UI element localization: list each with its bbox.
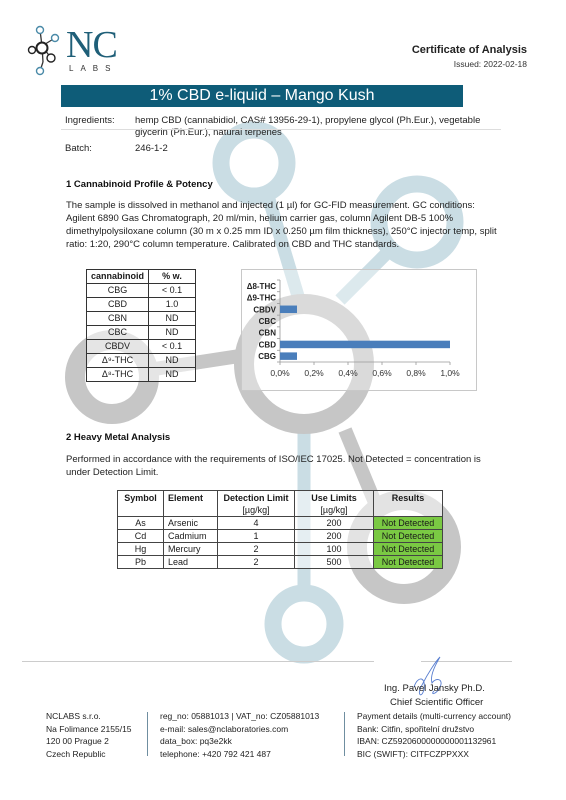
metal-symbol: Pb [118, 556, 164, 569]
metal-element: Arsenic [164, 517, 218, 530]
signatory-title: Chief Scientific Officer [390, 697, 483, 708]
cannabinoid-value: < 0.1 [149, 284, 196, 298]
ingredients-label: Ingredients: [65, 115, 115, 127]
footer-line: 120 00 Prague 2 [46, 735, 132, 748]
chart-bar [280, 306, 297, 313]
result-badge: Not Detected [374, 556, 443, 569]
cannabinoid-name: CBD [87, 298, 149, 312]
metal-element: Cadmium [164, 530, 218, 543]
footer-separator [344, 712, 345, 756]
chart-tick-label: 0,2% [304, 368, 324, 378]
footer-line: data_box: pq3e2kk [160, 735, 319, 748]
metal-element: Mercury [164, 543, 218, 556]
cannabinoid-value: 1.0 [149, 298, 196, 312]
detection-limit: 4 [218, 517, 295, 530]
footer-company-address: NCLABS s.r.o. Na Folimance 2155/15 120 0… [46, 710, 132, 760]
document-title: Certificate of Analysis [412, 44, 527, 56]
cannabinoid-value: < 0.1 [149, 340, 196, 354]
footer-line: reg_no: 05881013 | VAT_no: CZ05881013 [160, 710, 319, 723]
logo-wordmark: NC [66, 26, 117, 64]
column-header: % w. [149, 270, 196, 284]
column-header: cannabinoid [87, 270, 149, 284]
chart-tick-label: 1,0% [440, 368, 460, 378]
cannabinoid-table: cannabinoid % w. CBG< 0.1 CBD1.0 CBNND C… [86, 269, 196, 382]
result-badge: Not Detected [374, 530, 443, 543]
metal-symbol: As [118, 517, 164, 530]
cannabinoid-name: CBN [87, 312, 149, 326]
cannabinoid-value: ND [149, 354, 196, 368]
divider [61, 129, 501, 130]
chart-tick-label: 0,4% [338, 368, 358, 378]
heavy-metal-table: Symbol Element Detection Limit[µg/kg] Us… [117, 490, 443, 569]
table-row: CBCND [87, 326, 196, 340]
table-row: Δ⁹-THCND [87, 354, 196, 368]
signatory-name: Ing. Pavel Jansky Ph.D. [384, 683, 485, 694]
footer-contact: reg_no: 05881013 | VAT_no: CZ05881013 e-… [160, 710, 319, 760]
use-limit: 200 [295, 517, 374, 530]
detection-limit: 1 [218, 530, 295, 543]
column-header-detection-limit: Detection Limit[µg/kg] [218, 491, 295, 517]
footer-line: BIC (SWIFT): CITFCZPPXXX [357, 748, 511, 761]
footer-separator [147, 712, 148, 756]
detection-limit: 2 [218, 543, 295, 556]
chart-bar [280, 341, 450, 348]
cannabinoid-name: CBG [87, 284, 149, 298]
table-row: CBG< 0.1 [87, 284, 196, 298]
column-header-element: Element [164, 491, 218, 517]
section-text-cannabinoids: The sample is dissolved in methanol and … [66, 199, 506, 251]
footer-line: IBAN: CZ5920600000000001132961 [357, 735, 511, 748]
section-text-heavy-metals: Performed in accordance with the require… [66, 453, 506, 479]
cannabinoid-name: CBC [87, 326, 149, 340]
cannabinoid-value: ND [149, 368, 196, 382]
product-title-banner: 1% CBD e-liquid – Mango Kush [61, 85, 463, 107]
nc-labs-logo: NC LABS [26, 24, 126, 76]
ingredients-value: hemp CBD (cannabidiol, CAS# 13956-29-1),… [135, 115, 485, 139]
footer-line: Payment details (multi-currency account) [357, 710, 511, 723]
footer-email[interactable]: e-mail: sales@nclaboratories.com [160, 723, 319, 736]
chart-category-label: CBC [259, 317, 277, 326]
table-row: CBD1.0 [87, 298, 196, 312]
detection-limit: 2 [218, 556, 295, 569]
issued-date: Issued: 2022-02-18 [454, 59, 527, 69]
metal-element: Lead [164, 556, 218, 569]
footer-line: Bank: Citfin, spořitelní družstvo [357, 723, 511, 736]
chart-category-label: CBDV [253, 305, 276, 314]
column-header-symbol: Symbol [118, 491, 164, 517]
chart-bar [280, 352, 297, 359]
chart-category-label: Δ8-THC [247, 282, 277, 291]
chart-category-label: CBN [259, 329, 277, 338]
table-row: As Arsenic 4 200 Not Detected [118, 517, 443, 530]
column-header-results: Results [374, 491, 443, 517]
footer-line: NCLABS s.r.o. [46, 710, 132, 723]
footer-line: Na Folimance 2155/15 [46, 723, 132, 736]
table-row: CBDV< 0.1 [87, 340, 196, 354]
footer-payment: Payment details (multi-currency account)… [357, 710, 511, 760]
use-limit: 500 [295, 556, 374, 569]
result-badge: Not Detected [374, 543, 443, 556]
section-heading-cannabinoids: 1 Cannabinoid Profile & Potency [66, 179, 213, 190]
product-info: Ingredients: hemp CBD (cannabidiol, CAS#… [65, 115, 505, 155]
chart-tick-label: 0,6% [372, 368, 392, 378]
cannabinoid-name: Δ⁸-THC [87, 368, 149, 382]
table-row: CBNND [87, 312, 196, 326]
table-row: Cd Cadmium 1 200 Not Detected [118, 530, 443, 543]
metal-symbol: Hg [118, 543, 164, 556]
chart-tick-label: 0,0% [270, 368, 290, 378]
molecule-icon [26, 24, 66, 76]
cannabinoid-bar-chart: CBGCBDCBNCBCCBDVΔ9-THCΔ8-THC0,0%0,2%0,4%… [241, 269, 477, 391]
logo-subtitle: LABS [69, 64, 117, 73]
section-heading-heavy-metals: 2 Heavy Metal Analysis [66, 432, 170, 443]
table-row: Δ⁸-THCND [87, 368, 196, 382]
footer-divider [22, 661, 374, 662]
cannabinoid-value: ND [149, 326, 196, 340]
chart-tick-label: 0,8% [406, 368, 426, 378]
use-limit: 100 [295, 543, 374, 556]
result-badge: Not Detected [374, 517, 443, 530]
table-row: Hg Mercury 2 100 Not Detected [118, 543, 443, 556]
footer-line: Czech Republic [46, 748, 132, 761]
chart-canvas: CBGCBDCBNCBCCBDVΔ9-THCΔ8-THC0,0%0,2%0,4%… [242, 270, 476, 390]
use-limit: 200 [295, 530, 374, 543]
cannabinoid-value: ND [149, 312, 196, 326]
column-header-use-limits: Use Limits[µg/kg] [295, 491, 374, 517]
batch-label: Batch: [65, 143, 92, 155]
footer-phone: telephone: +420 792 421 487 [160, 748, 319, 761]
metal-symbol: Cd [118, 530, 164, 543]
table-row: Pb Lead 2 500 Not Detected [118, 556, 443, 569]
chart-category-label: Δ9-THC [247, 294, 277, 303]
signature-scribble-icon [410, 655, 450, 703]
cannabinoid-name: Δ⁹-THC [87, 354, 149, 368]
batch-value: 246-1-2 [135, 143, 485, 155]
chart-category-label: CBD [259, 340, 277, 349]
chart-category-label: CBG [258, 352, 276, 361]
cannabinoid-name: CBDV [87, 340, 149, 354]
